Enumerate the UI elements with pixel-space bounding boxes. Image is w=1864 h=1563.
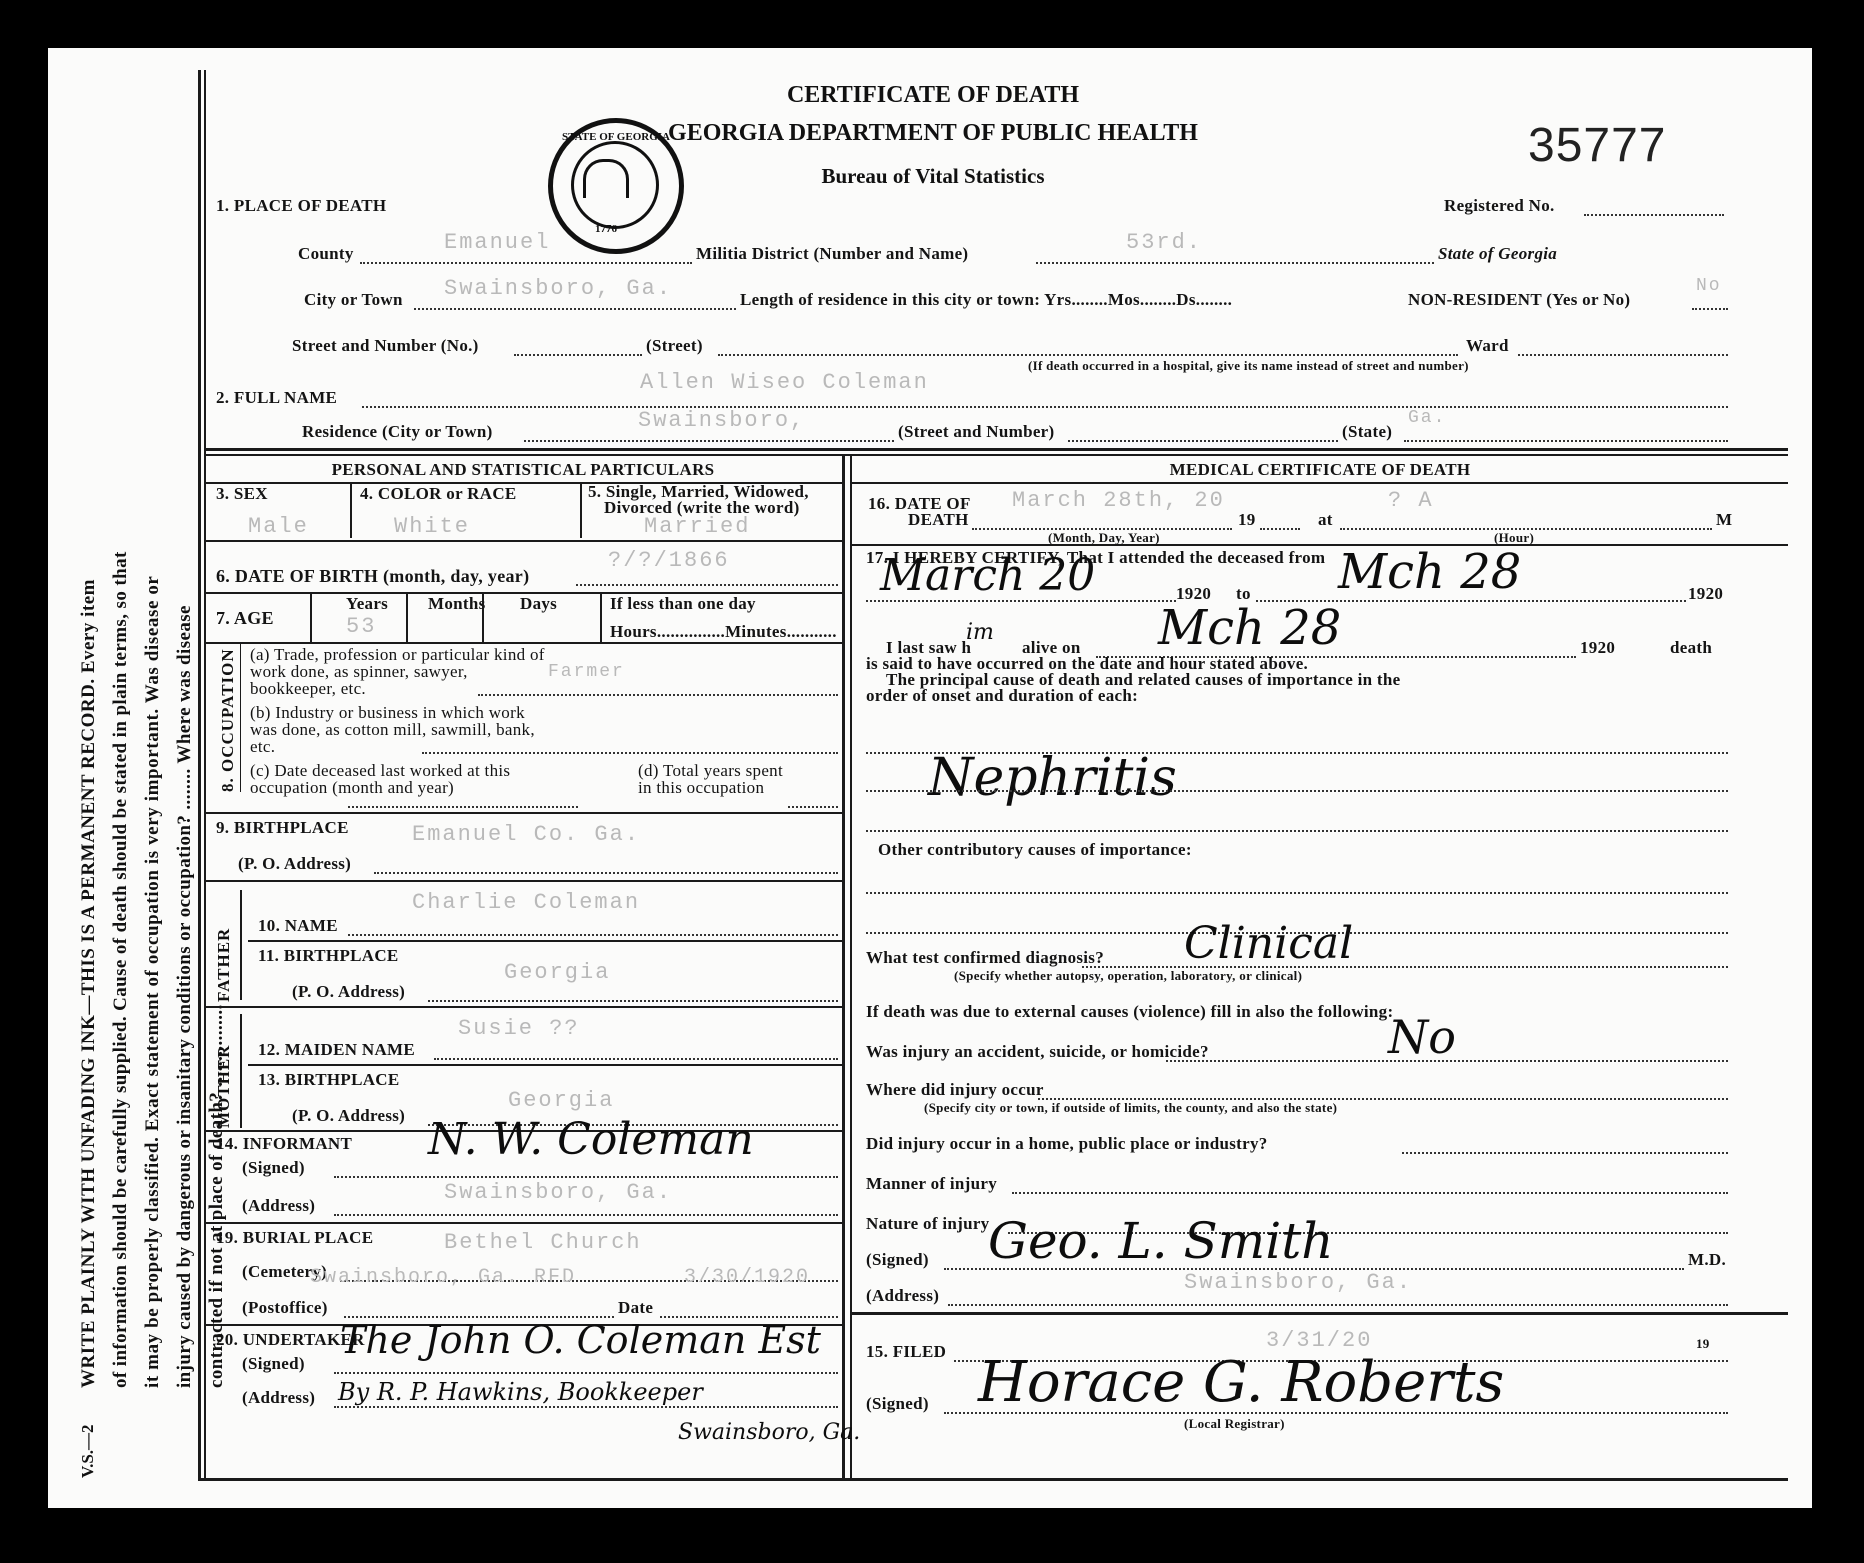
at-label: at <box>1318 510 1333 530</box>
street-mid-label: (Street) <box>646 336 703 356</box>
birthplace-value[interactable]: Emanuel Co. Ga. <box>412 822 640 847</box>
form-left-border-inner <box>204 70 206 1480</box>
where-injury-label: Where did injury occur <box>866 1080 1044 1100</box>
father-birthplace-value[interactable]: Georgia <box>504 960 610 985</box>
certificate-title: CERTIFICATE OF DEATH <box>48 82 1498 109</box>
age-years-value[interactable]: 53 <box>346 614 376 639</box>
undertaker-address-label: (Address) <box>242 1388 315 1408</box>
filed-label: 15. FILED <box>866 1342 946 1362</box>
residence-state-label: (State) <box>1342 422 1392 442</box>
registrar-signed-label: (Signed) <box>866 1394 929 1414</box>
age-months-label: Months <box>428 594 486 614</box>
registered-no-label: Registered No. <box>1444 196 1555 216</box>
race-label: 4. COLOR or RACE <box>360 484 517 504</box>
date-of-death-year-prefix: 19 <box>1238 510 1256 530</box>
residence-state-value[interactable]: Ga. <box>1408 408 1446 428</box>
residence-length-label: Length of residence in this city or town… <box>740 290 1232 310</box>
mother-birthplace-value[interactable]: Georgia <box>508 1088 614 1113</box>
street-label: Street and Number (No.) <box>292 336 479 356</box>
burial-date-value[interactable]: 3/30/1920 <box>684 1266 810 1289</box>
city-value[interactable]: Swainsboro, Ga. <box>444 276 672 301</box>
injury-place-label: Did injury occur in a home, public place… <box>866 1134 1268 1154</box>
hours-minutes-label: Hours...............Minutes........... <box>610 622 837 642</box>
informant-address-label: (Address) <box>242 1196 315 1216</box>
marital-value[interactable]: Married <box>644 514 750 539</box>
place-of-death-label: 1. PLACE OF DEATH <box>216 196 386 216</box>
occupation-d-label: (d) Total years spent in this occupation <box>638 762 798 796</box>
father-name-label: 10. NAME <box>258 916 338 936</box>
birthplace-po-label: (P. O. Address) <box>238 854 351 874</box>
sex-value[interactable]: Male <box>248 514 309 539</box>
militia-district-value[interactable]: 53rd. <box>1126 230 1202 255</box>
informant-signature[interactable]: N. W. Coleman <box>428 1114 754 1165</box>
form-code: V.S.—2 <box>78 1424 98 1478</box>
instruction-line-4: injury caused by dangerous or insanitary… <box>174 605 196 1388</box>
md-label: M.D. <box>1688 1250 1726 1270</box>
last-saw-pronoun[interactable]: im <box>966 620 994 645</box>
test-label: What test confirmed diagnosis? <box>866 948 1104 968</box>
mother-maiden-label: 12. MAIDEN NAME <box>258 1040 415 1060</box>
principal-cause-value[interactable]: Nephritis <box>928 748 1177 808</box>
burial-label: 19. BURIAL PLACE <box>216 1228 373 1248</box>
age-years-label: Years <box>346 594 388 614</box>
date-of-death-value[interactable]: March 28th, 20 <box>1012 488 1225 513</box>
death-word: death <box>1670 638 1712 658</box>
father-birthplace-label: 11. BIRTHPLACE <box>258 946 399 966</box>
mother-maiden-value[interactable]: Susie ?? <box>458 1016 580 1041</box>
residence-street-label: (Street and Number) <box>898 422 1054 442</box>
dob-label: 6. DATE OF BIRTH (month, day, year) <box>216 566 529 587</box>
attended-to-year: 1920 <box>1688 584 1723 604</box>
instruction-line-2: of information should be carefully suppl… <box>110 551 132 1388</box>
county-value[interactable]: Emanuel <box>444 230 550 255</box>
last-saw-year: 1920 <box>1580 638 1615 658</box>
medical-heading: MEDICAL CERTIFICATE OF DEATH <box>852 460 1788 480</box>
occupation-side-label: 8. OCCUPATION <box>218 648 238 792</box>
full-name-value[interactable]: Allen Wiseo Coleman <box>640 370 929 395</box>
test-value[interactable]: Clinical <box>1184 918 1353 969</box>
father-name-value[interactable]: Charlie Coleman <box>412 890 640 915</box>
injury-type-value[interactable]: No <box>1388 1010 1456 1064</box>
registrar-signature[interactable]: Horace G. Roberts <box>978 1350 1504 1415</box>
bureau-name: Bureau of Vital Statistics <box>48 164 1498 189</box>
informant-address-value[interactable]: Swainsboro, Ga. <box>444 1180 672 1205</box>
external-causes-label: If death was due to external causes (vio… <box>866 1002 1393 1022</box>
column-divider <box>842 454 845 1478</box>
mother-birthplace-label: 13. BIRTHPLACE <box>258 1070 400 1090</box>
registrar-note: (Local Registrar) <box>1184 1416 1285 1432</box>
mother-side-label: MOTHER <box>214 1045 234 1128</box>
occupation-a-label: (a) Trade, profession or particular kind… <box>250 646 550 697</box>
father-po-label: (P. O. Address) <box>292 982 405 1002</box>
age-days-label: Days <box>520 594 557 614</box>
hospital-note: (If death occurred in a hospital, give i… <box>1028 358 1469 374</box>
birthplace-label: 9. BIRTHPLACE <box>216 818 349 838</box>
occupation-b-label: (b) Industry or business in which work w… <box>250 704 550 755</box>
occupation-c-label: (c) Date deceased last worked at this oc… <box>250 762 550 796</box>
informant-signed-label: (Signed) <box>242 1158 305 1178</box>
postoffice-value[interactable]: Swainsboro, Ga. RFD <box>310 1266 576 1289</box>
nature-label: Nature of injury <box>866 1214 989 1234</box>
full-name-label: 2. FULL NAME <box>216 388 337 408</box>
postoffice-label: (Postoffice) <box>242 1298 328 1318</box>
filed-year-suffix: 19 <box>1696 1336 1710 1352</box>
undertaker-city[interactable]: Swainsboro, Ga. <box>678 1420 860 1445</box>
county-label: County <box>298 244 354 264</box>
burial-date-label: Date <box>618 1298 653 1318</box>
physician-address-label: (Address) <box>866 1286 939 1306</box>
cemetery-value[interactable]: Bethel Church <box>444 1230 642 1255</box>
manner-label: Manner of injury <box>866 1174 997 1194</box>
less-than-day-label: If less than one day <box>610 594 756 614</box>
informant-label: 14. INFORMANT <box>216 1134 352 1154</box>
militia-district-label: Militia District (Number and Name) <box>696 244 968 264</box>
sex-label: 3. SEX <box>216 484 268 504</box>
m-label: M <box>1716 510 1732 530</box>
race-value[interactable]: White <box>394 514 470 539</box>
injury-type-label: Was injury an accident, suicide, or homi… <box>866 1042 1209 1062</box>
hour-value[interactable]: ? A <box>1388 488 1434 513</box>
last-saw-date[interactable]: Mch 28 <box>1158 600 1341 656</box>
father-side-label: FATHER <box>214 928 234 1002</box>
residence-label: Residence (City or Town) <box>302 422 493 442</box>
death-certificate-page: V.S.—2 WRITE PLAINLY WITH UNFADING INK—T… <box>48 48 1812 1508</box>
age-label: 7. AGE <box>216 608 274 629</box>
personal-heading: PERSONAL AND STATISTICAL PARTICULARS <box>204 460 842 480</box>
date-of-death-label-2: DEATH <box>908 510 969 530</box>
where-injury-note: (Specify city or town, if outside of lim… <box>924 1100 1337 1116</box>
city-label: City or Town <box>304 290 403 310</box>
state-of-georgia-label: State of Georgia <box>1438 244 1557 264</box>
residence-value[interactable]: Swainsboro, <box>638 408 805 433</box>
department-name: GEORGIA DEPARTMENT OF PUBLIC HEALTH <box>48 120 1498 147</box>
physician-address-value[interactable]: Swainsboro, Ga. <box>1184 1270 1412 1295</box>
form-bottom-border <box>198 1478 1788 1481</box>
ward-label: Ward <box>1466 336 1509 356</box>
principal-cause-text-2: order of onset and duration of each: <box>866 686 1138 706</box>
undertaker-address-value[interactable]: By R. P. Hawkins, Bookkeeper <box>338 1378 703 1406</box>
undertaker-signed-label: (Signed) <box>242 1354 305 1374</box>
physician-signed-label: (Signed) <box>866 1250 929 1270</box>
test-note: (Specify whether autopsy, operation, lab… <box>954 968 1302 984</box>
mother-po-label: (P. O. Address) <box>292 1106 405 1126</box>
form-left-border <box>198 70 201 1480</box>
instruction-line-1: WRITE PLAINLY WITH UNFADING INK—THIS IS … <box>78 579 100 1388</box>
certificate-number: 35777 <box>1528 118 1666 173</box>
physician-signature[interactable]: Geo. L. Smith <box>988 1212 1333 1270</box>
instruction-line-3: it may be properly classified. Exact sta… <box>142 576 164 1388</box>
attended-to-value[interactable]: Mch 28 <box>1338 544 1521 600</box>
attended-from-value[interactable]: March 20 <box>880 550 1095 601</box>
occupation-a-value[interactable]: Farmer <box>548 662 625 682</box>
undertaker-signature[interactable]: The John O. Coleman Est <box>340 1318 821 1362</box>
dob-value[interactable]: ?/?/1866 <box>608 548 730 573</box>
non-resident-value[interactable]: No <box>1696 276 1722 296</box>
other-causes-label: Other contributory causes of importance: <box>878 840 1192 860</box>
non-resident-label: NON-RESIDENT (Yes or No) <box>1408 290 1630 310</box>
